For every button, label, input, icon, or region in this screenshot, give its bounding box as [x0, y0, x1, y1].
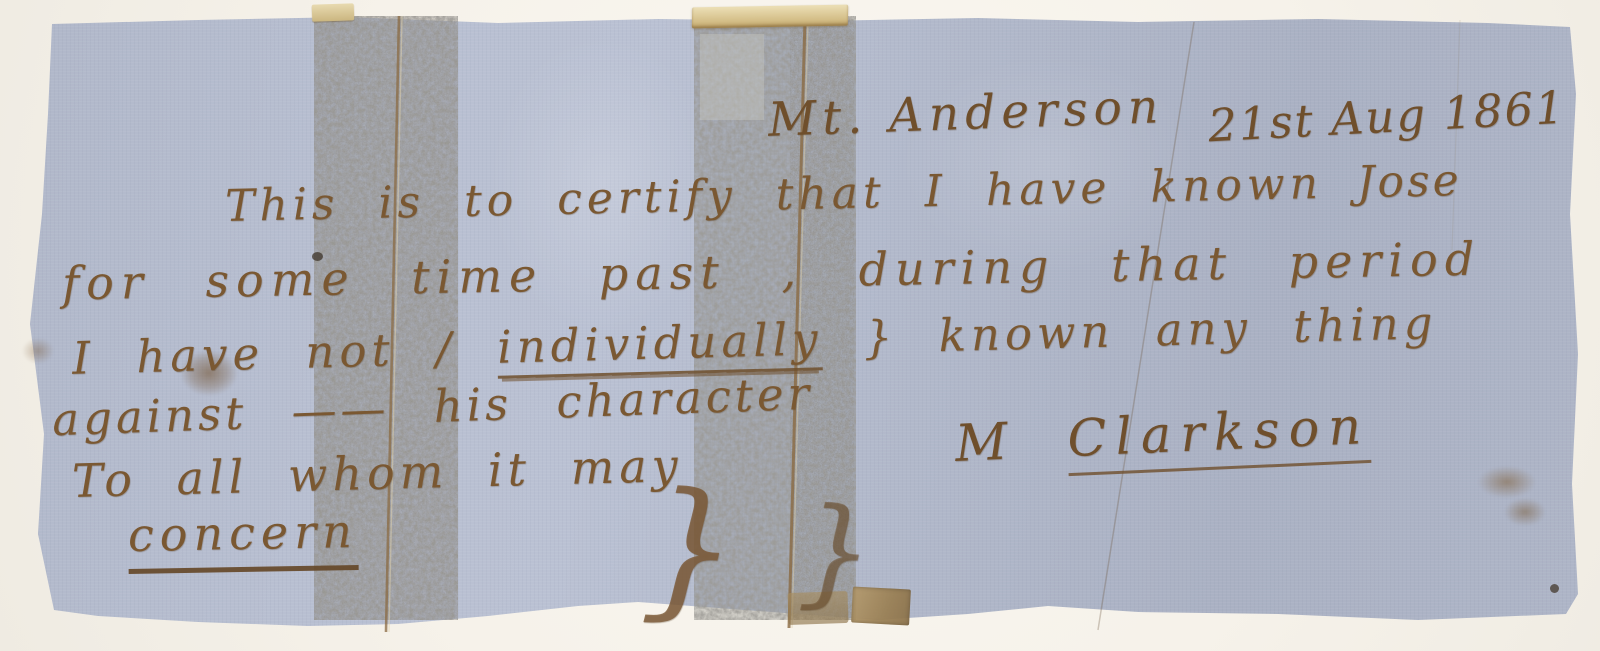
paper-sheet [18, 14, 1582, 636]
stain-bottom-right [1478, 466, 1536, 498]
ink-dot-bottom-right [1550, 584, 1559, 593]
tape-remnant-bottom [787, 591, 848, 625]
tape-fragment-top-left [312, 3, 355, 21]
ink-dot-line2 [312, 252, 323, 261]
paper-light-patch [488, 34, 718, 334]
tape-remnant-bottom-right [851, 587, 911, 626]
tape-fragment-top-center [692, 5, 848, 29]
paper-light-patch [898, 54, 1198, 274]
scanned-document-page: Mt. Anderson 21st Aug 1861 This is to ce… [0, 0, 1600, 651]
ink-stain-far-left [22, 338, 54, 364]
stain-bottom-right-small [1504, 498, 1546, 526]
ink-stain-left [180, 350, 238, 396]
